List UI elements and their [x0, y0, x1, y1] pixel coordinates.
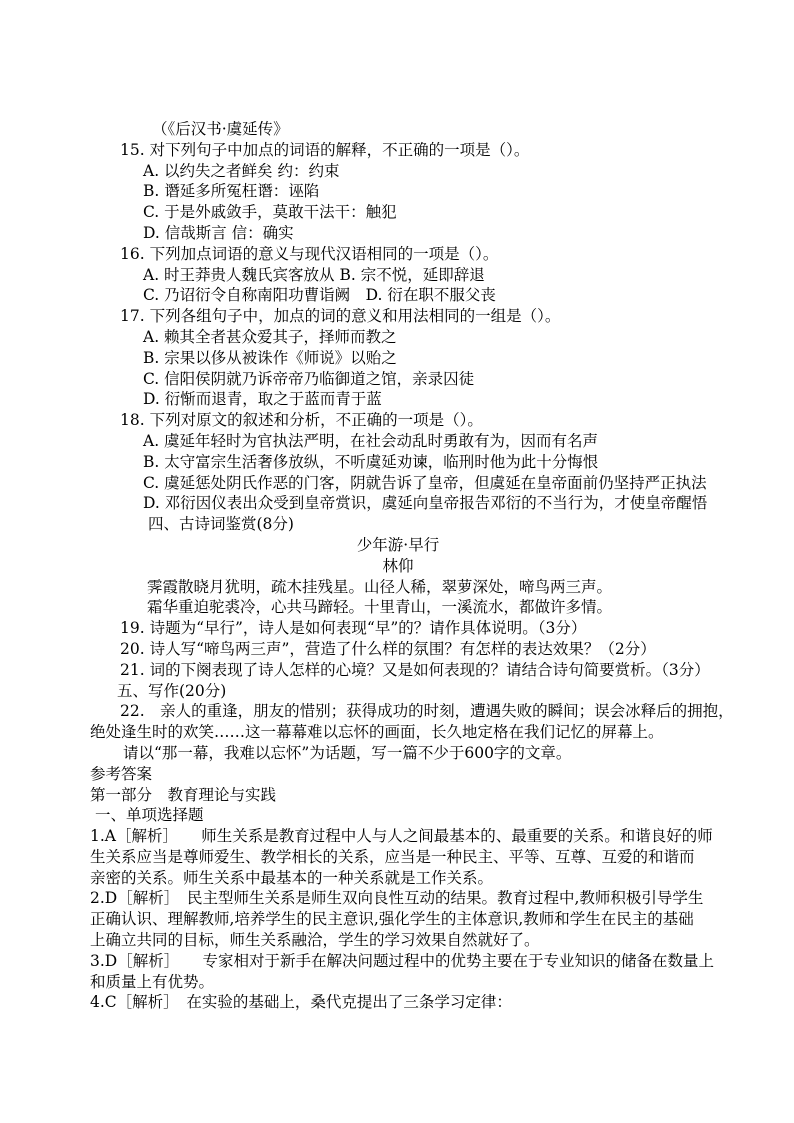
doc-line: 请以“那一幕，我难以忘怀”为话题，写一篇不少于600字的文章。	[90, 743, 706, 764]
doc-line: 18. 下列对原文的叙述和分析，不正确的一项是（）。	[90, 410, 706, 431]
doc-line: A. 虞延年轻时为官执法严明，在社会动乱时勇敢有为，因而有名声	[90, 431, 706, 452]
doc-line: B. 谮延多所冤枉谮：诬陷	[90, 181, 706, 202]
doc-line: C. 乃诏衍令自称南阳功曹诣阙 D. 衍在职不服父丧	[90, 285, 706, 306]
doc-line: 和质量上有优势。	[90, 972, 706, 993]
doc-line: A. 赖其全者甚众爱其子，择师而教之	[90, 327, 706, 348]
doc-line: 21. 词的下阕表现了诗人怎样的心境？又是如何表现的？请结合诗句简要赏析。（3分…	[90, 660, 706, 681]
doc-line: B. 宗果以侈从被诛作《师说》以贻之	[90, 348, 706, 369]
doc-line: 22. 亲人的重逢，朋友的惜别；获得成功的时刻，遭遇失败的瞬间；误会冰释后的拥抱…	[90, 701, 706, 722]
doc-line: 参考答案	[90, 764, 706, 785]
doc-line: 上确立共同的目标，师生关系融洽，学生的学习效果自然就好了。	[90, 930, 706, 951]
doc-line: 正确认识、理解教师,培养学生的民主意识,强化学生的主体意识,教师和学生在民主的基…	[90, 909, 706, 930]
doc-line: C. 信阳侯阴就乃诉帝帝乃临御道之馆，亲录囚徒	[90, 369, 706, 390]
doc-line: 17. 下列各组句子中，加点的词的意义和用法相同的一组是（）。	[90, 306, 706, 327]
doc-line: 亲密的关系。师生关系中最基本的一种关系就是工作关系。	[90, 868, 706, 889]
doc-line: D. 衍惭而退青，取之于蓝而青于蓝	[90, 389, 706, 410]
doc-line: 少年游·早行	[90, 535, 706, 556]
doc-line: 4.C［解析］ 在实验的基础上，桑代克提出了三条学习定律：	[90, 992, 706, 1013]
doc-line: 15. 对下列句子中加点的词语的解释，不正确的一项是（）。	[90, 140, 706, 161]
doc-line: A. 时王莽贵人魏氏宾客放从 B. 宗不悦，延即辞退	[90, 265, 706, 286]
doc-line: D. 邓衍因仪表出众受到皇帝赏识，虞延向皇帝报告邓衍的不当行为，才使皇帝醒悟	[90, 493, 706, 514]
doc-line: 16. 下列加点词语的意义与现代汉语相同的一项是（）。	[90, 244, 706, 265]
doc-line: 绝处逢生时的欢笑……这一幕幕难以忘怀的画面，长久地定格在我们记忆的屏幕上。	[90, 722, 706, 743]
doc-line: C. 虞延惩处阴氏作恶的门客，阴就告诉了皇帝，但虞延在皇帝面前仍坚持严正执法	[90, 473, 706, 494]
doc-line: A. 以约失之者鲜矣 约：约束	[90, 161, 706, 182]
doc-line: 五、写作(20分)	[90, 681, 706, 702]
doc-line: 霜华重迫驼裘冷，心共马蹄轻。十里青山，一溪流水，都做许多情。	[90, 597, 706, 618]
doc-line: 霁霞散晓月犹明，疏木挂残星。山径人稀，翠萝深处，啼鸟两三声。	[90, 577, 706, 598]
document-body: （《后汉书·虞延传》15. 对下列句子中加点的词语的解释，不正确的一项是（）。A…	[90, 119, 706, 1013]
doc-line: 1.A［解析］ 师生关系是教育过程中人与人之间最基本的、最重要的关系。和谐良好的…	[90, 826, 706, 847]
doc-line: 20. 诗人写“啼鸟两三声”，营造了什么样的氛围？有怎样的表达效果？（2分）	[90, 639, 706, 660]
doc-line: 林仰	[90, 556, 706, 577]
doc-line: 四、古诗词鉴赏(8分)	[90, 514, 706, 535]
doc-line: C. 于是外戚敛手，莫敢干法干：触犯	[90, 202, 706, 223]
doc-line: （《后汉书·虞延传》	[90, 119, 706, 140]
doc-line: D. 信哉斯言 信：确实	[90, 223, 706, 244]
doc-line: 第一部分 教育理论与实践	[90, 785, 706, 806]
doc-line: 一、单项选择题	[90, 805, 706, 826]
doc-line: 2.D［解析］ 民主型师生关系是师生双向良性互动的结果。教育过程中,教师积极引导…	[90, 888, 706, 909]
doc-line: 3.D［解析］ 专家相对于新手在解决问题过程中的优势主要在于专业知识的储备在数量…	[90, 951, 706, 972]
doc-line: 19. 诗题为“早行”，诗人是如何表现“早”的？请作具体说明。（3分）	[90, 618, 706, 639]
document-page: （《后汉书·虞延传》15. 对下列句子中加点的词语的解释，不正确的一项是（）。A…	[0, 0, 794, 1123]
doc-line: 生关系应当是尊师爱生、教学相长的关系，应当是一种民主、平等、互尊、互爱的和谐而	[90, 847, 706, 868]
doc-line: B. 太守富宗生活奢侈放纵，不听虞延劝谏，临刑时他为此十分悔恨	[90, 452, 706, 473]
